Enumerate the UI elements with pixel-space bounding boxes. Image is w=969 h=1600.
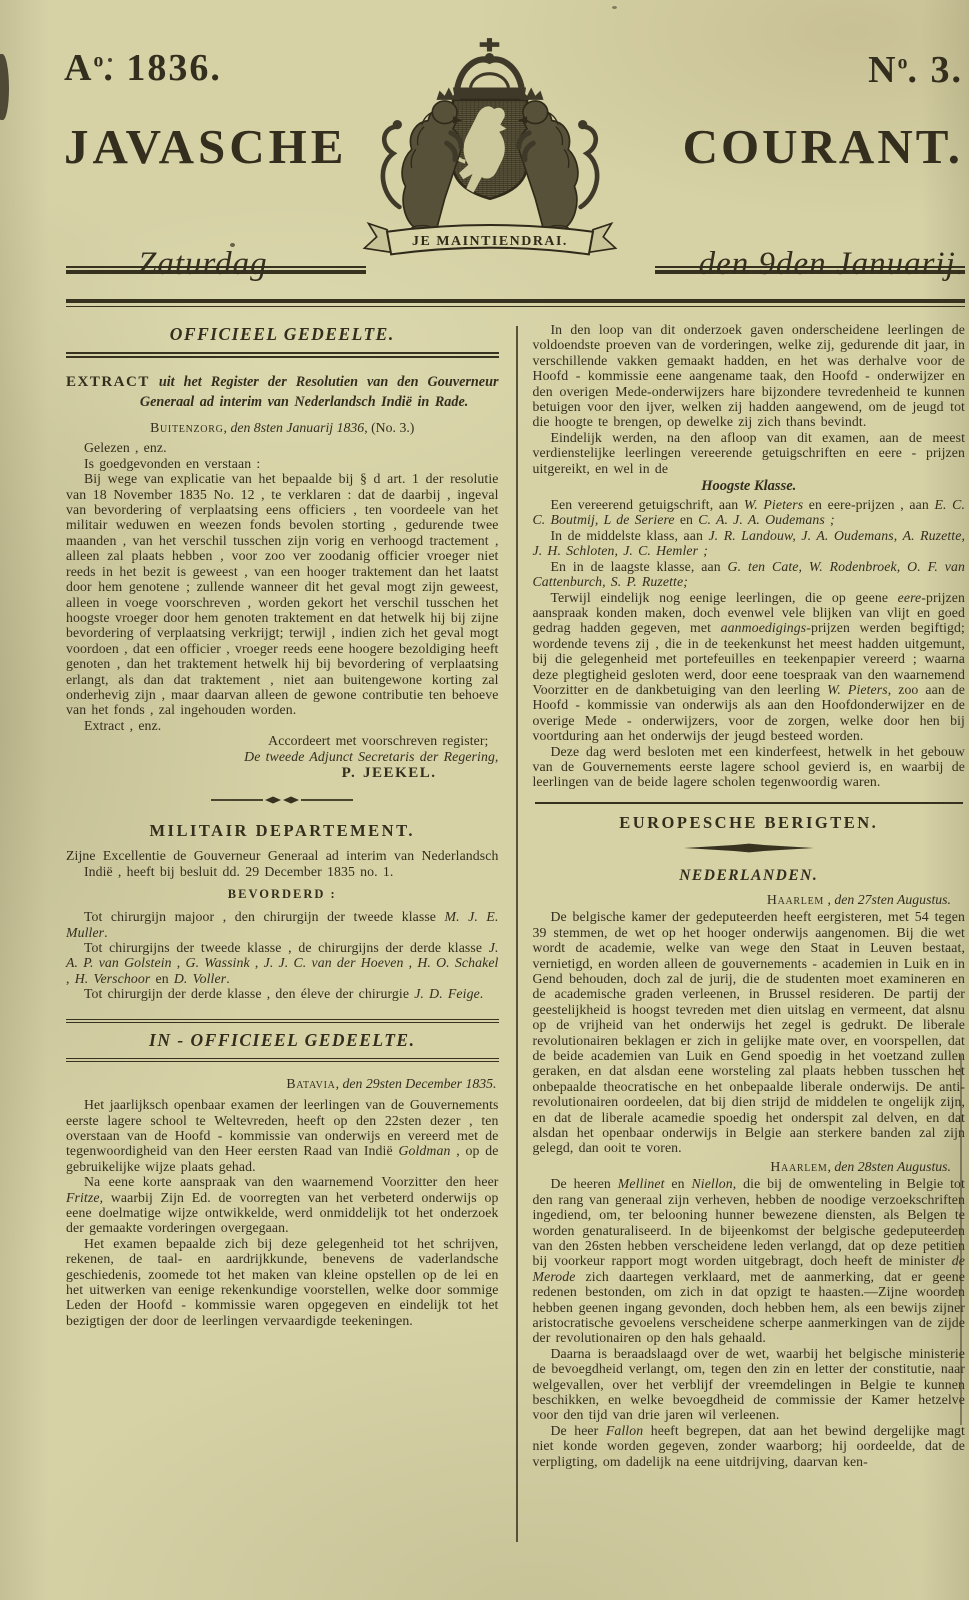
section-rule [66,352,499,358]
section-title-inofficieel: IN - OFFICIEEL GEDEELTE. [66,1030,499,1051]
paragraph-haarlem28-3: De heer Fallon heeft begrepen, dat aan h… [533,1423,966,1469]
shield-icon [453,100,527,199]
paragraph-prizes-middle: In de middelste klass, aan J. R. Landouw… [533,528,966,559]
section-title-militair: MILITAIR DEPARTEMENT. [66,821,499,841]
paragraph-terwijl: Terwijl eindelijk nog eenige leerlingen,… [533,590,966,744]
paragraph-haarlem27: De belgische kamer der gedeputeerden hee… [533,909,966,1156]
dateline-buitenzorg: Buitenzorg, den 8sten Januarij 1836, (No… [66,420,499,437]
paragraph-militair-intro: Zijne Excellentie de Gouverneur Generaal… [66,848,499,879]
paragraph-promo1: Tot chirurgijn majoor , den chirurgijn d… [66,909,499,940]
paragraph-onderzoek: In den loop van dit onderzoek gaven onde… [533,322,966,430]
crown-icon [453,38,526,104]
lion-supporter-right [518,88,597,234]
bevorderd-label: BEVORDERD : [66,887,499,902]
paragraph-kinderfeest: Deze dag werd besloten met een kinderfee… [533,744,966,790]
newspaper-page: Ao. 1836. No. 3. JAVASCHE COURANT. [0,0,969,1600]
columns: OFFICIEEL GEDEELTE. EXTRACT uit het Regi… [66,322,965,1469]
paragraph-prizes-low: En in de laagste klasse, aan G. ten Cate… [533,559,966,590]
section-title-officieel: OFFICIEEL GEDEELTE. [66,324,499,345]
issue-number: No. 3. [868,48,963,92]
divider-spindle-icon [533,840,966,858]
paragraph-promo3: Tot chirurgijn der derde klasse , den él… [66,986,499,1001]
anno-year: Ao. 1836. [64,46,222,90]
paragraph-verstaan: Is goedgevonden en verstaan : [66,456,499,471]
paragraph-batavia-2: Na eene korte aanspraak van den waarneme… [66,1174,499,1236]
section-title-europesche: EUROPESCHE BERIGTEN. [533,813,966,833]
section-rule [535,802,964,804]
signature-jeekel: P. JEEKEL. [66,766,499,781]
coat-of-arms-icon: JE MAINTIENDRAI. [340,34,640,276]
masthead: Ao. 1836. No. 3. JAVASCHE COURANT. [0,0,969,320]
paragraph-haarlem28-1: De heeren Mellinet en Niellon, die bij d… [533,1176,966,1345]
accordeert-line: Accordeert met voorschreven register; [66,733,499,748]
left-column: OFFICIEEL GEDEELTE. EXTRACT uit het Regi… [66,322,499,1469]
paragraph-prizes-high: Een vereerend getuigschrift, aan W. Piet… [533,497,966,528]
issue-date: den 9den Januarij. [699,246,965,283]
heading-hoogste-klasse: Hoogste Klasse. [533,478,966,495]
paragraph-haarlem28-2: Daarna is beraadslaagd over de wet, waar… [533,1346,966,1423]
motto-text: JE MAINTIENDRAI. [412,234,568,249]
extract-heading: EXTRACT uit het Register der Resolutien … [66,373,499,411]
paragraph-promo2: Tot chirurgijns der tweede klasse , de c… [66,940,499,986]
day-of-week: Zaturdag [138,246,268,283]
heading-nederlanden: NEDERLANDEN. [533,867,966,885]
section-rule [66,1058,499,1062]
paragraph-batavia-1: Het jaarlijksch openbaar examen der leer… [66,1097,499,1174]
paragraph-eindelijk: Eindelijk werden, na den afloop van dit … [533,430,966,476]
divider-ornament-icon [207,793,357,811]
dateline-haarlem-27: Haarlem , den 27sten Augustus. [533,892,966,909]
right-column: In den loop van dit onderzoek gaven onde… [533,322,966,1469]
section-rule [66,1019,499,1023]
newspaper-title-left: JAVASCHE [64,118,347,175]
newspaper-title-right: COURANT. [683,118,963,175]
motto-ribbon: JE MAINTIENDRAI. [364,223,615,254]
paragraph-gelezen: Gelezen , enz. [66,440,499,455]
secretaris-line: De tweede Adjunct Secretaris der Regerin… [66,749,499,764]
dateline-batavia: Batavia, den 29sten December 1835. [66,1076,499,1093]
lion-supporter-left [383,88,462,234]
paragraph-batavia-3: Het examen bepaalde zich bij deze gelege… [66,1236,499,1328]
dateline-haarlem-28: Haarlem, den 28sten Augustus. [533,1159,966,1176]
paragraph-extract-enz: Extract , enz. [66,718,499,733]
paragraph-resolution: Bij wege van explicatie van het bepaalde… [66,471,499,718]
masthead-rule-full [66,299,965,307]
